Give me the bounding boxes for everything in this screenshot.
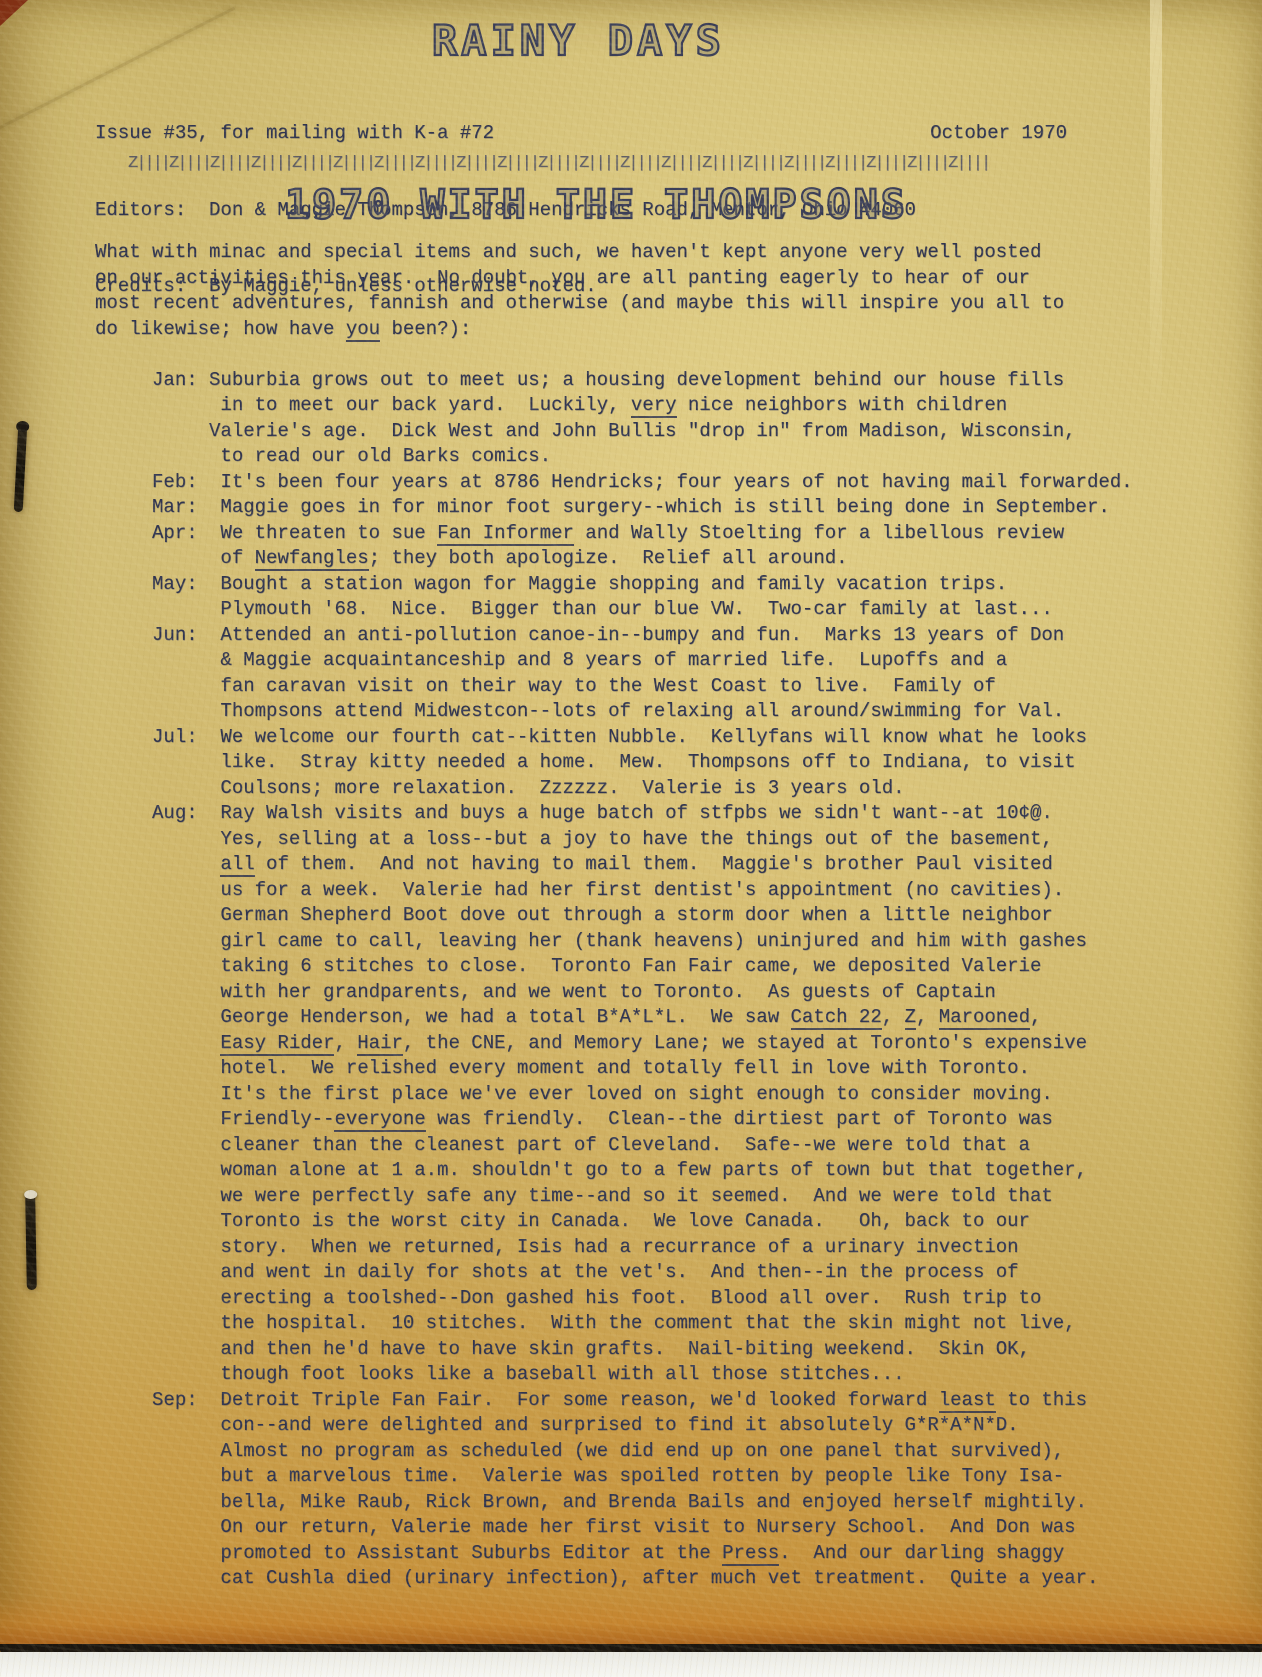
document-line: George Henderson, we had a total B*A*L*L… bbox=[95, 1005, 1235, 1031]
document-line: promoted to Assistant Suburbs Editor at … bbox=[95, 1541, 1235, 1567]
document-line: Thompsons attend Midwestcon--lots of rel… bbox=[95, 699, 1235, 725]
document-line: It's the first place we've ever loved on… bbox=[95, 1082, 1235, 1108]
staple bbox=[14, 424, 28, 512]
document-line: cat Cushla died (urinary infection), aft… bbox=[95, 1566, 1235, 1592]
document-line: Feb: It's been four years at 8786 Hendri… bbox=[95, 470, 1235, 496]
document-line: with her grandparents, and we went to To… bbox=[95, 980, 1235, 1006]
document-line: Plymouth '68. Nice. Bigger than our blue… bbox=[95, 597, 1235, 623]
document-line: we were perfectly safe any time--and so … bbox=[95, 1184, 1235, 1210]
document-line: On our return, Valerie made her first vi… bbox=[95, 1515, 1235, 1541]
document-line: do likewise; how have you been?): bbox=[95, 317, 1235, 343]
document-line: Aug: Ray Walsh visits and buys a huge ba… bbox=[95, 801, 1235, 827]
document-line: erecting a toolshed--Don gashed his foot… bbox=[95, 1286, 1235, 1312]
document-line: Sep: Detroit Triple Fan Fair. For some r… bbox=[95, 1388, 1235, 1414]
document-line: German Shepherd Boot dove out through a … bbox=[95, 903, 1235, 929]
document-line bbox=[95, 342, 1235, 368]
article-title: 1970 WITH THE THOMPSONS bbox=[285, 182, 908, 228]
corner-mark bbox=[0, 0, 28, 26]
issue-info: Issue #35, for mailing with K-a #72 bbox=[95, 121, 494, 147]
document-line: Coulsons; more relaxation. Zzzzzz. Valer… bbox=[95, 776, 1235, 802]
document-line: and then he'd have to have skin grafts. … bbox=[95, 1337, 1235, 1363]
document-line: Mar: Maggie goes in for minor foot surge… bbox=[95, 495, 1235, 521]
document-line: Apr: We threaten to sue Fan Informer and… bbox=[95, 521, 1235, 547]
ornamental-divider: Z||||Z||||Z||||Z||||Z||||Z||||Z||||Z||||… bbox=[128, 154, 989, 173]
document-line: fan caravan visit on their way to the We… bbox=[95, 674, 1235, 700]
fanzine-page: RAINY DAYS Issue #35, for mailing with K… bbox=[0, 0, 1262, 1677]
document-line: though foot looks like a baseball with a… bbox=[95, 1362, 1235, 1388]
staple bbox=[25, 1194, 37, 1290]
document-line: cleaner than the cleanest part of Clevel… bbox=[95, 1133, 1235, 1159]
document-line: all of them. And not having to mail them… bbox=[95, 852, 1235, 878]
document-line: in to meet our back yard. Luckily, very … bbox=[95, 393, 1235, 419]
document-line: taking 6 stitches to close. Toronto Fan … bbox=[95, 954, 1235, 980]
document-line: like. Stray kitty needed a home. Mew. Th… bbox=[95, 750, 1235, 776]
document-line: and went in daily for shots at the vet's… bbox=[95, 1260, 1235, 1286]
document-line: Toronto is the worst city in Canada. We … bbox=[95, 1209, 1235, 1235]
document-line: con--and were delighted and surprised to… bbox=[95, 1413, 1235, 1439]
document-line: & Maggie acquaintanceship and 8 years of… bbox=[95, 648, 1235, 674]
document-line: Jun: Attended an anti-pollution canoe-in… bbox=[95, 623, 1235, 649]
document-line: What with minac and special items and su… bbox=[95, 240, 1235, 266]
document-line: to read our old Barks comics. bbox=[95, 444, 1235, 470]
document-line: Friendly--everyone was friendly. Clean--… bbox=[95, 1107, 1235, 1133]
document-line: us for a week. Valerie had her first den… bbox=[95, 878, 1235, 904]
zine-title: RAINY DAYS bbox=[432, 16, 725, 65]
document-line: but a marvelous time. Valerie was spoile… bbox=[95, 1464, 1235, 1490]
page-bottom-shading bbox=[0, 1596, 1262, 1646]
document-line: story. When we returned, Isis had a recu… bbox=[95, 1235, 1235, 1261]
document-line: Almost no program as scheduled (we did e… bbox=[95, 1439, 1235, 1465]
document-line: woman alone at 1 a.m. shouldn't go to a … bbox=[95, 1158, 1235, 1184]
document-line: Jan: Suburbia grows out to meet us; a ho… bbox=[95, 368, 1235, 394]
document-line: May: Bought a station wagon for Maggie s… bbox=[95, 572, 1235, 598]
document-line: Easy Rider, Hair, the CNE, and Memory La… bbox=[95, 1031, 1235, 1057]
document-line: girl came to call, leaving her (thank he… bbox=[95, 929, 1235, 955]
scanner-background bbox=[0, 1652, 1262, 1677]
issue-date: October 1970 bbox=[930, 121, 1067, 147]
document-body: What with minac and special items and su… bbox=[95, 240, 1235, 1592]
document-line: most recent adventures, fannish and othe… bbox=[95, 291, 1235, 317]
document-line: bella, Mike Raub, Rick Brown, and Brenda… bbox=[95, 1490, 1235, 1516]
document-line: hotel. We relished every moment and tota… bbox=[95, 1056, 1235, 1082]
document-line: the hospital. 10 stitches. With the comm… bbox=[95, 1311, 1235, 1337]
document-line: on our activities this year. No doubt, y… bbox=[95, 266, 1235, 292]
issue-line: Issue #35, for mailing with K-a #72 Octo… bbox=[95, 121, 1067, 147]
document-line: of Newfangles; they both apologize. Reli… bbox=[95, 546, 1235, 572]
document-line: Valerie's age. Dick West and John Bullis… bbox=[95, 419, 1235, 445]
document-line: Yes, selling at a loss--but a joy to hav… bbox=[95, 827, 1235, 853]
document-line: Jul: We welcome our fourth cat--kitten N… bbox=[95, 725, 1235, 751]
